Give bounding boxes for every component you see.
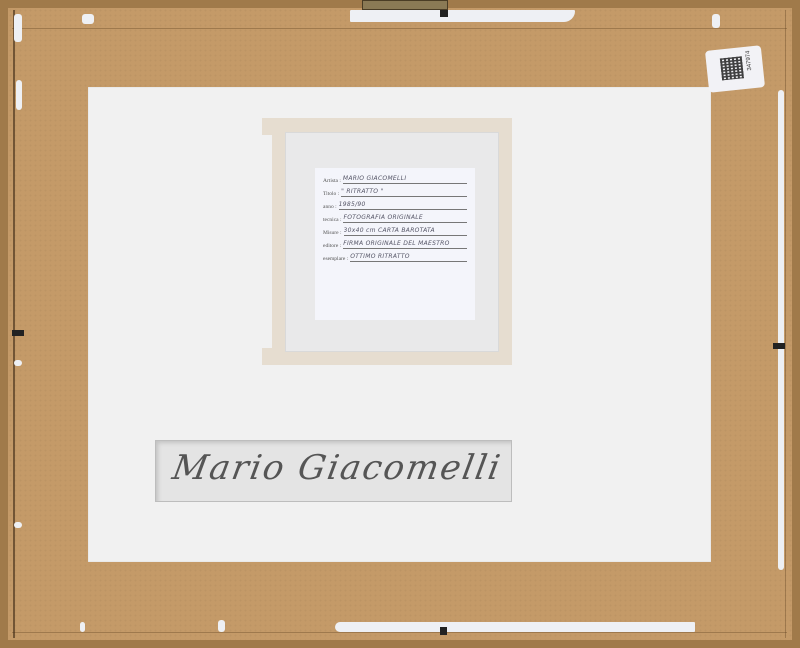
label-row-esemplare: esemplare : OTTIMO RITRATTO xyxy=(323,250,467,262)
signature-strip: Mario Giacomelli xyxy=(155,440,512,502)
label-key: anno : xyxy=(323,204,337,210)
kraft-fold-line xyxy=(12,632,787,633)
label-row-artista: Artista : MARIO GIACOMELLI xyxy=(323,172,467,184)
inventory-number: 347974 xyxy=(745,50,753,71)
label-row-titolo: Titolo : " RITRATTO " xyxy=(323,185,467,197)
label-value: FIRMA ORIGINALE DEL MAESTRO xyxy=(343,240,467,249)
artist-signature: Mario Giacomelli xyxy=(169,448,504,488)
label-key: Misure : xyxy=(323,230,342,236)
label-key: Titolo : xyxy=(323,191,339,197)
label-row-tecnica: tecnica : FOTOGRAFIA ORIGINALE xyxy=(323,211,467,223)
label-key: esemplare : xyxy=(323,256,348,262)
artwork-label-card: Artista : MARIO GIACOMELLI Titolo : " RI… xyxy=(315,168,475,320)
label-value: " RITRATTO " xyxy=(341,188,467,197)
frame-clip xyxy=(12,330,24,336)
kraft-fold-line xyxy=(12,28,787,29)
label-key: Artista : xyxy=(323,178,341,184)
kraft-tear xyxy=(350,10,575,22)
label-value: FOTOGRAFIA ORIGINALE xyxy=(343,214,467,223)
kraft-tear xyxy=(82,14,94,24)
kraft-tear xyxy=(778,90,784,570)
kraft-tear xyxy=(16,80,22,110)
frame-clip xyxy=(440,627,447,635)
kraft-tear xyxy=(335,622,695,632)
label-row-anno: anno : 1985/90 xyxy=(323,198,467,210)
frame-clip xyxy=(440,10,448,17)
kraft-fold-line xyxy=(785,10,786,638)
label-row-misure: Misure : 30x40 cm CARTA BAROTATA xyxy=(323,224,467,236)
frame-hanger xyxy=(362,0,448,10)
kraft-tear xyxy=(14,14,22,42)
label-value: OTTIMO RITRATTO xyxy=(350,253,467,262)
label-key: editore : xyxy=(323,243,341,249)
kraft-tear xyxy=(218,620,225,632)
inventory-sticker: 347974 xyxy=(705,45,765,93)
qr-code-icon xyxy=(720,56,744,80)
kraft-tear xyxy=(712,14,720,28)
label-value: 30x40 cm CARTA BAROTATA xyxy=(344,227,468,236)
label-key: tecnica : xyxy=(323,217,341,223)
kraft-fold-line xyxy=(13,10,15,638)
frame-clip xyxy=(773,343,785,349)
label-value: MARIO GIACOMELLI xyxy=(343,175,467,184)
kraft-tear xyxy=(80,622,85,632)
kraft-tear xyxy=(14,360,22,366)
kraft-tear xyxy=(14,522,22,528)
label-row-editore: editore : FIRMA ORIGINALE DEL MAESTRO xyxy=(323,237,467,249)
label-value: 1985/90 xyxy=(339,201,467,210)
